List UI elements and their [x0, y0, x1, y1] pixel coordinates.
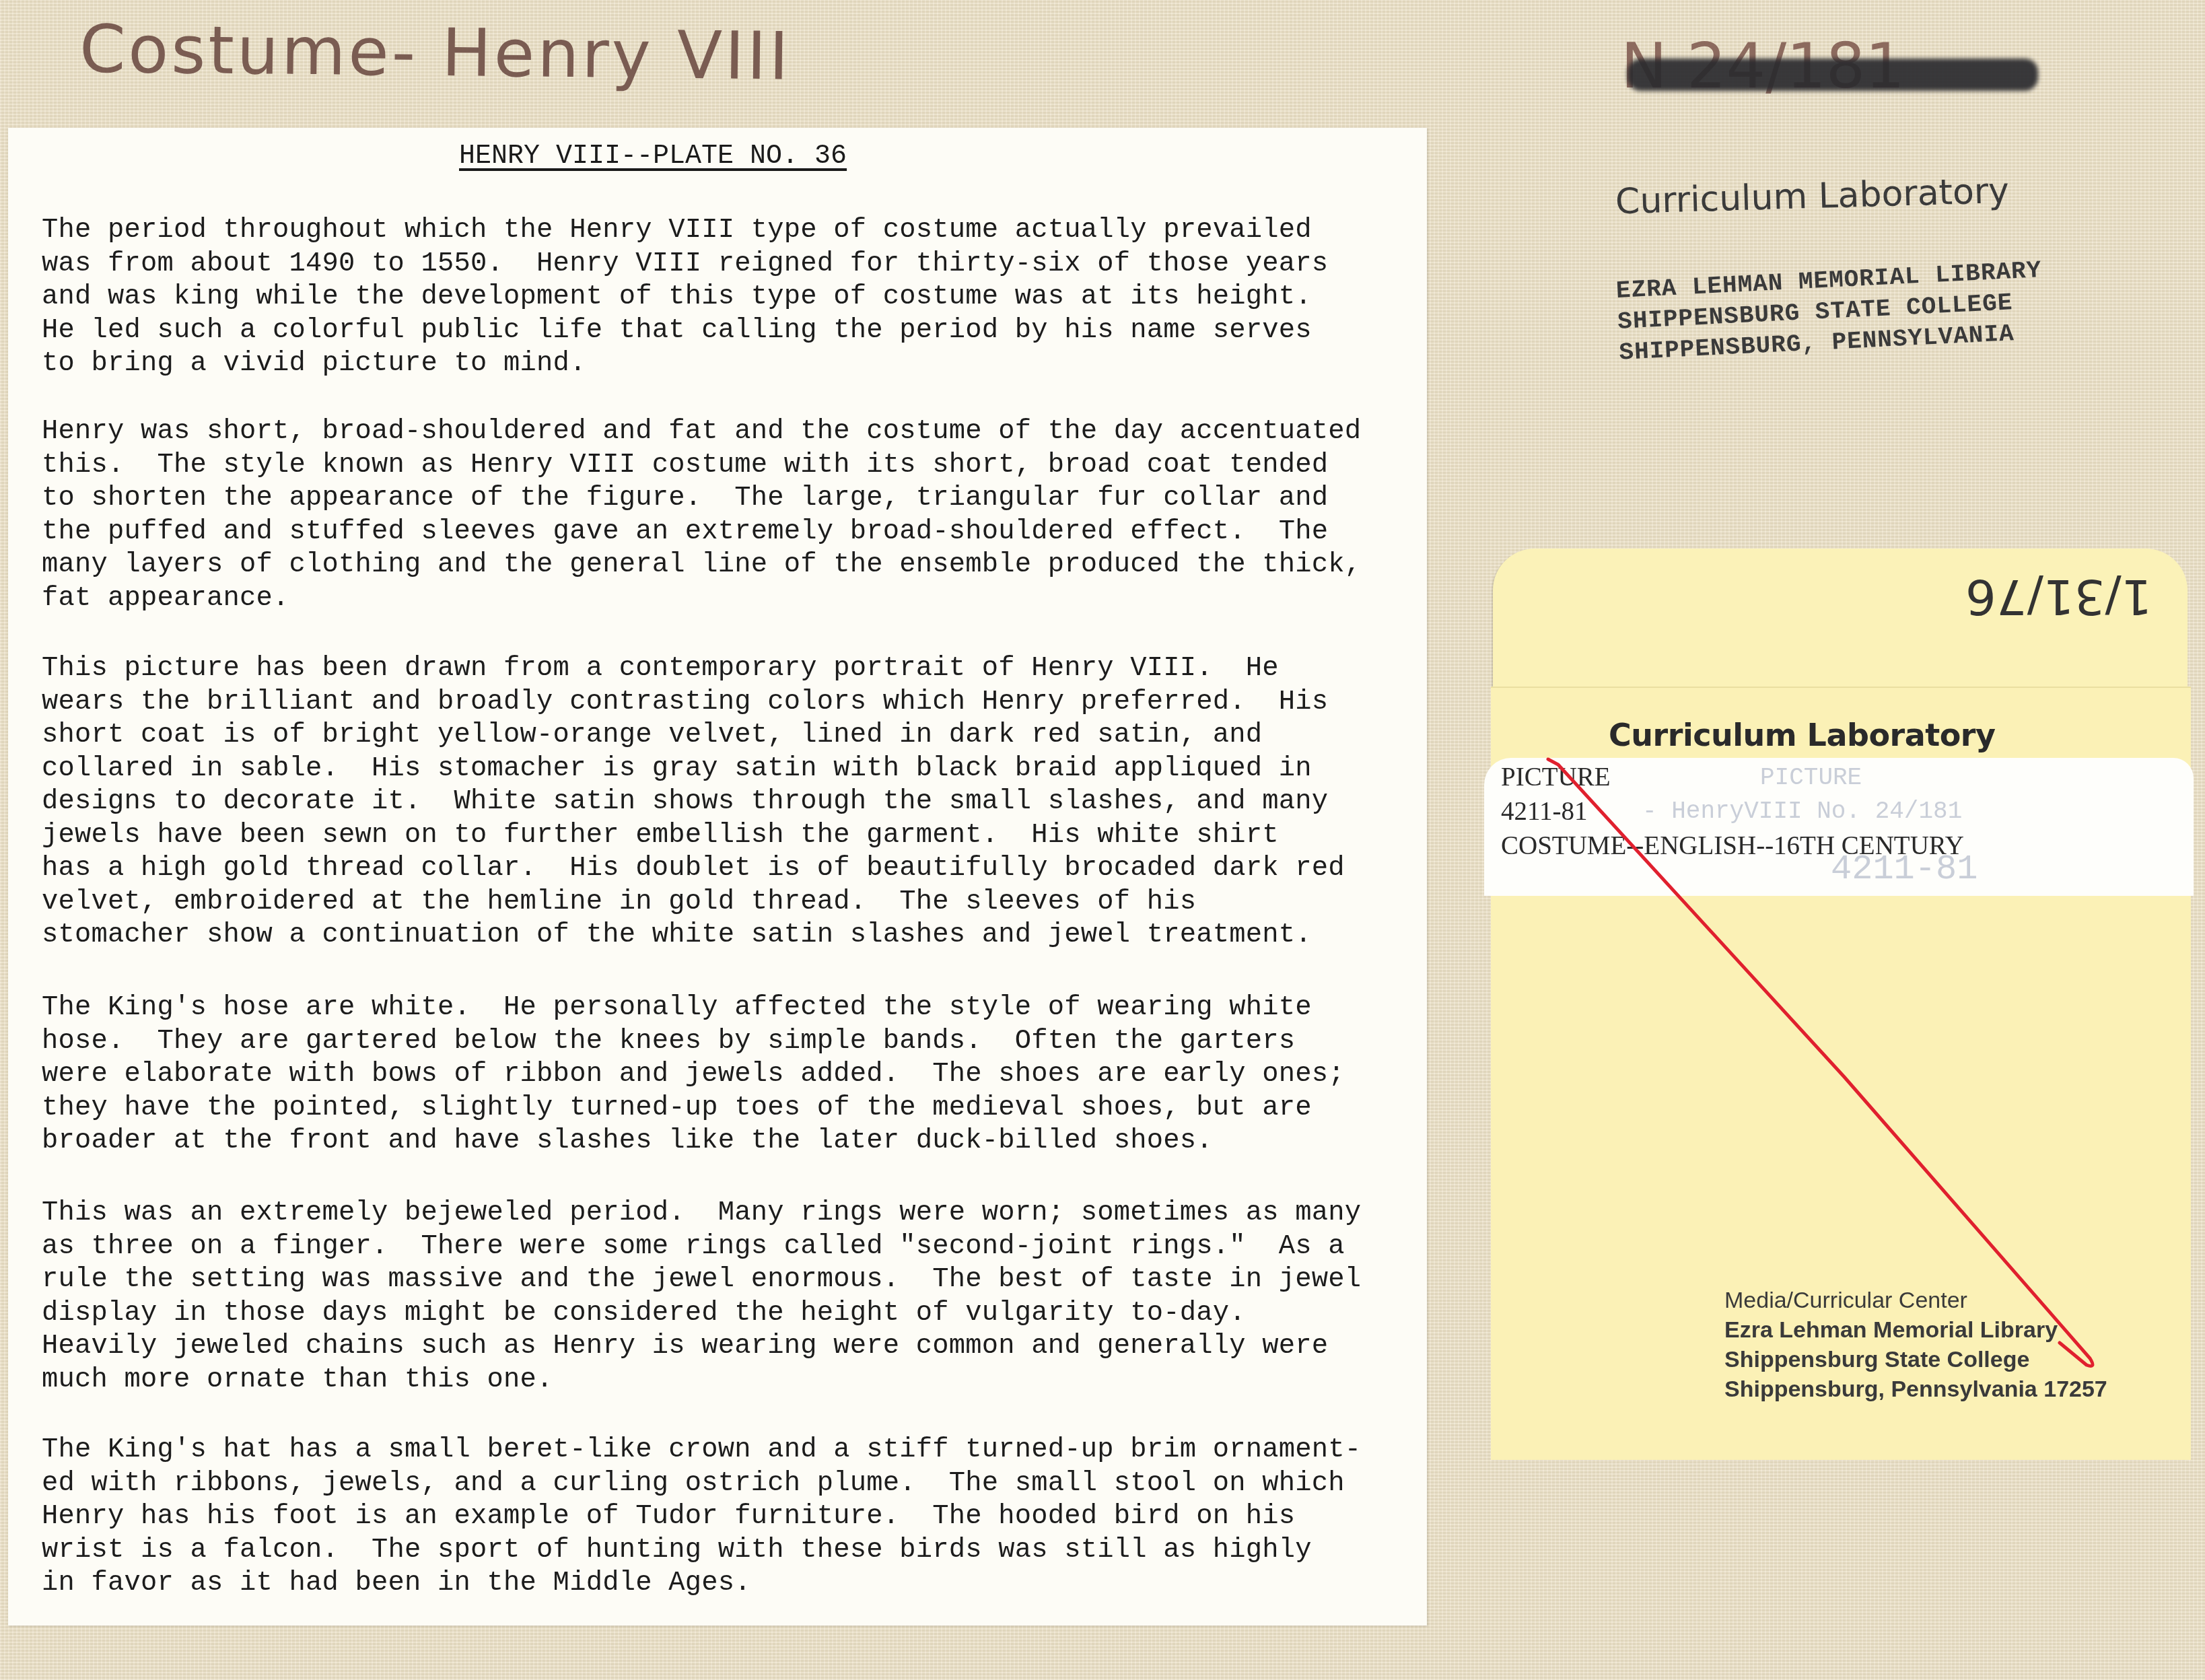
scratched-out-note: N 24/181: [1621, 30, 2038, 104]
text-line: fat appearance.: [42, 582, 1428, 616]
text-line: display in those days might be considere…: [42, 1297, 1428, 1331]
pocket-stamp-title: Curriculum Laboratory: [1609, 717, 1996, 753]
paragraph-period: The period throughout which the Henry VI…: [42, 214, 1428, 381]
address-line: Media/Curricular Center: [1724, 1286, 2107, 1315]
text-line: Henry has his foot is an example of Tudo…: [42, 1500, 1428, 1534]
text-line: broader at the front and have slashes li…: [42, 1125, 1428, 1158]
address-line: Ezra Lehman Memorial Library: [1724, 1315, 2107, 1345]
text-line: designs to decorate it. White satin show…: [42, 785, 1428, 819]
address-line: Shippensburg State College: [1724, 1345, 2107, 1374]
card-call-number: 4211-81: [1501, 796, 1588, 827]
card-type: PICTURE: [1501, 762, 1611, 792]
text-line: as three on a finger. There were some ri…: [42, 1230, 1428, 1264]
envelope-address-stamp: Media/Curricular Center Ezra Lehman Memo…: [1724, 1286, 2107, 1404]
text-line: wears the brilliant and broadly contrast…: [42, 686, 1428, 720]
document-title: HENRY VIII--PLATE NO. 36: [459, 141, 847, 172]
handwritten-date: 1/31/76: [1965, 569, 2152, 625]
paragraph-hose: The King's hose are white. He personally…: [42, 991, 1428, 1158]
text-line: Heavily jeweled chains such as Henry is …: [42, 1330, 1428, 1364]
text-line: jewels have been sewn on to further embe…: [42, 819, 1428, 853]
address-line: Shippensburg, Pennsylvania 17257: [1724, 1374, 2107, 1404]
text-line: the puffed and stuffed sleeves gave an e…: [42, 516, 1428, 549]
card-ghost-line: PICTURE: [1760, 764, 1862, 792]
text-line: Henry was short, broad-shouldered and fa…: [42, 415, 1428, 449]
text-line: This picture has been drawn from a conte…: [42, 652, 1428, 686]
text-line: velvet, embroidered at the hemline in go…: [42, 886, 1428, 919]
handwritten-label: Costume- Henry VIII: [79, 11, 792, 95]
text-line: The King's hose are white. He personally…: [42, 991, 1428, 1025]
text-line: He led such a colorful public life that …: [42, 314, 1428, 348]
text-line: wrist is a falcon. The sport of hunting …: [42, 1534, 1428, 1568]
text-line: The King's hat has a small beret-like cr…: [42, 1434, 1428, 1467]
text-line: The period throughout which the Henry VI…: [42, 214, 1428, 248]
text-line: in favor as it had been in the Middle Ag…: [42, 1567, 1428, 1601]
card-ghost-line: - HenryVIII No. 24/181: [1642, 798, 1962, 825]
text-line: this. The style known as Henry VIII cost…: [42, 449, 1428, 483]
paragraph-hat: The King's hat has a small beret-like cr…: [42, 1434, 1428, 1601]
text-line: to shorten the appearance of the figure.…: [42, 482, 1428, 516]
text-line: ed with ribbons, jewels, and a curling o…: [42, 1467, 1428, 1501]
text-line: were elaborate with bows of ribbon and j…: [42, 1058, 1428, 1092]
card-subject: COSTUME--ENGLISH--16TH CENTURY: [1501, 831, 1964, 861]
marker-strike-bar: [1628, 59, 2038, 91]
text-line: and was king while the development of th…: [42, 281, 1428, 314]
paragraph-colors: This picture has been drawn from a conte…: [42, 652, 1428, 952]
text-line: stomacher show a continuation of the whi…: [42, 919, 1428, 952]
paragraph-jewels: This was an extremely bejeweled period. …: [42, 1197, 1428, 1397]
text-line: short coat is of bright yellow-orange ve…: [42, 719, 1428, 753]
text-line: they have the pointed, slightly turned-u…: [42, 1092, 1428, 1125]
paragraph-figure: Henry was short, broad-shouldered and fa…: [42, 415, 1428, 615]
curriculum-lab-stamp: Curriculum Laboratory: [1615, 171, 2009, 222]
text-line: much more ornate than this one.: [42, 1364, 1428, 1397]
text-line: many layers of clothing and the general …: [42, 549, 1428, 582]
library-stamp: EZRA LEHMAN MEMORIAL LIBRARY SHIPPENSBUR…: [1615, 255, 2045, 369]
text-line: collared in sable. His stomacher is gray…: [42, 753, 1428, 786]
text-line: rule the setting was massive and the jew…: [42, 1263, 1428, 1297]
text-line: has a high gold thread collar. His doubl…: [42, 852, 1428, 886]
text-line: was from about 1490 to 1550. Henry VIII …: [42, 248, 1428, 281]
text-line: to bring a vivid picture to mind.: [42, 347, 1428, 381]
text-line: This was an extremely bejeweled period. …: [42, 1197, 1428, 1230]
text-line: hose. They are gartered below the knees …: [42, 1025, 1428, 1059]
